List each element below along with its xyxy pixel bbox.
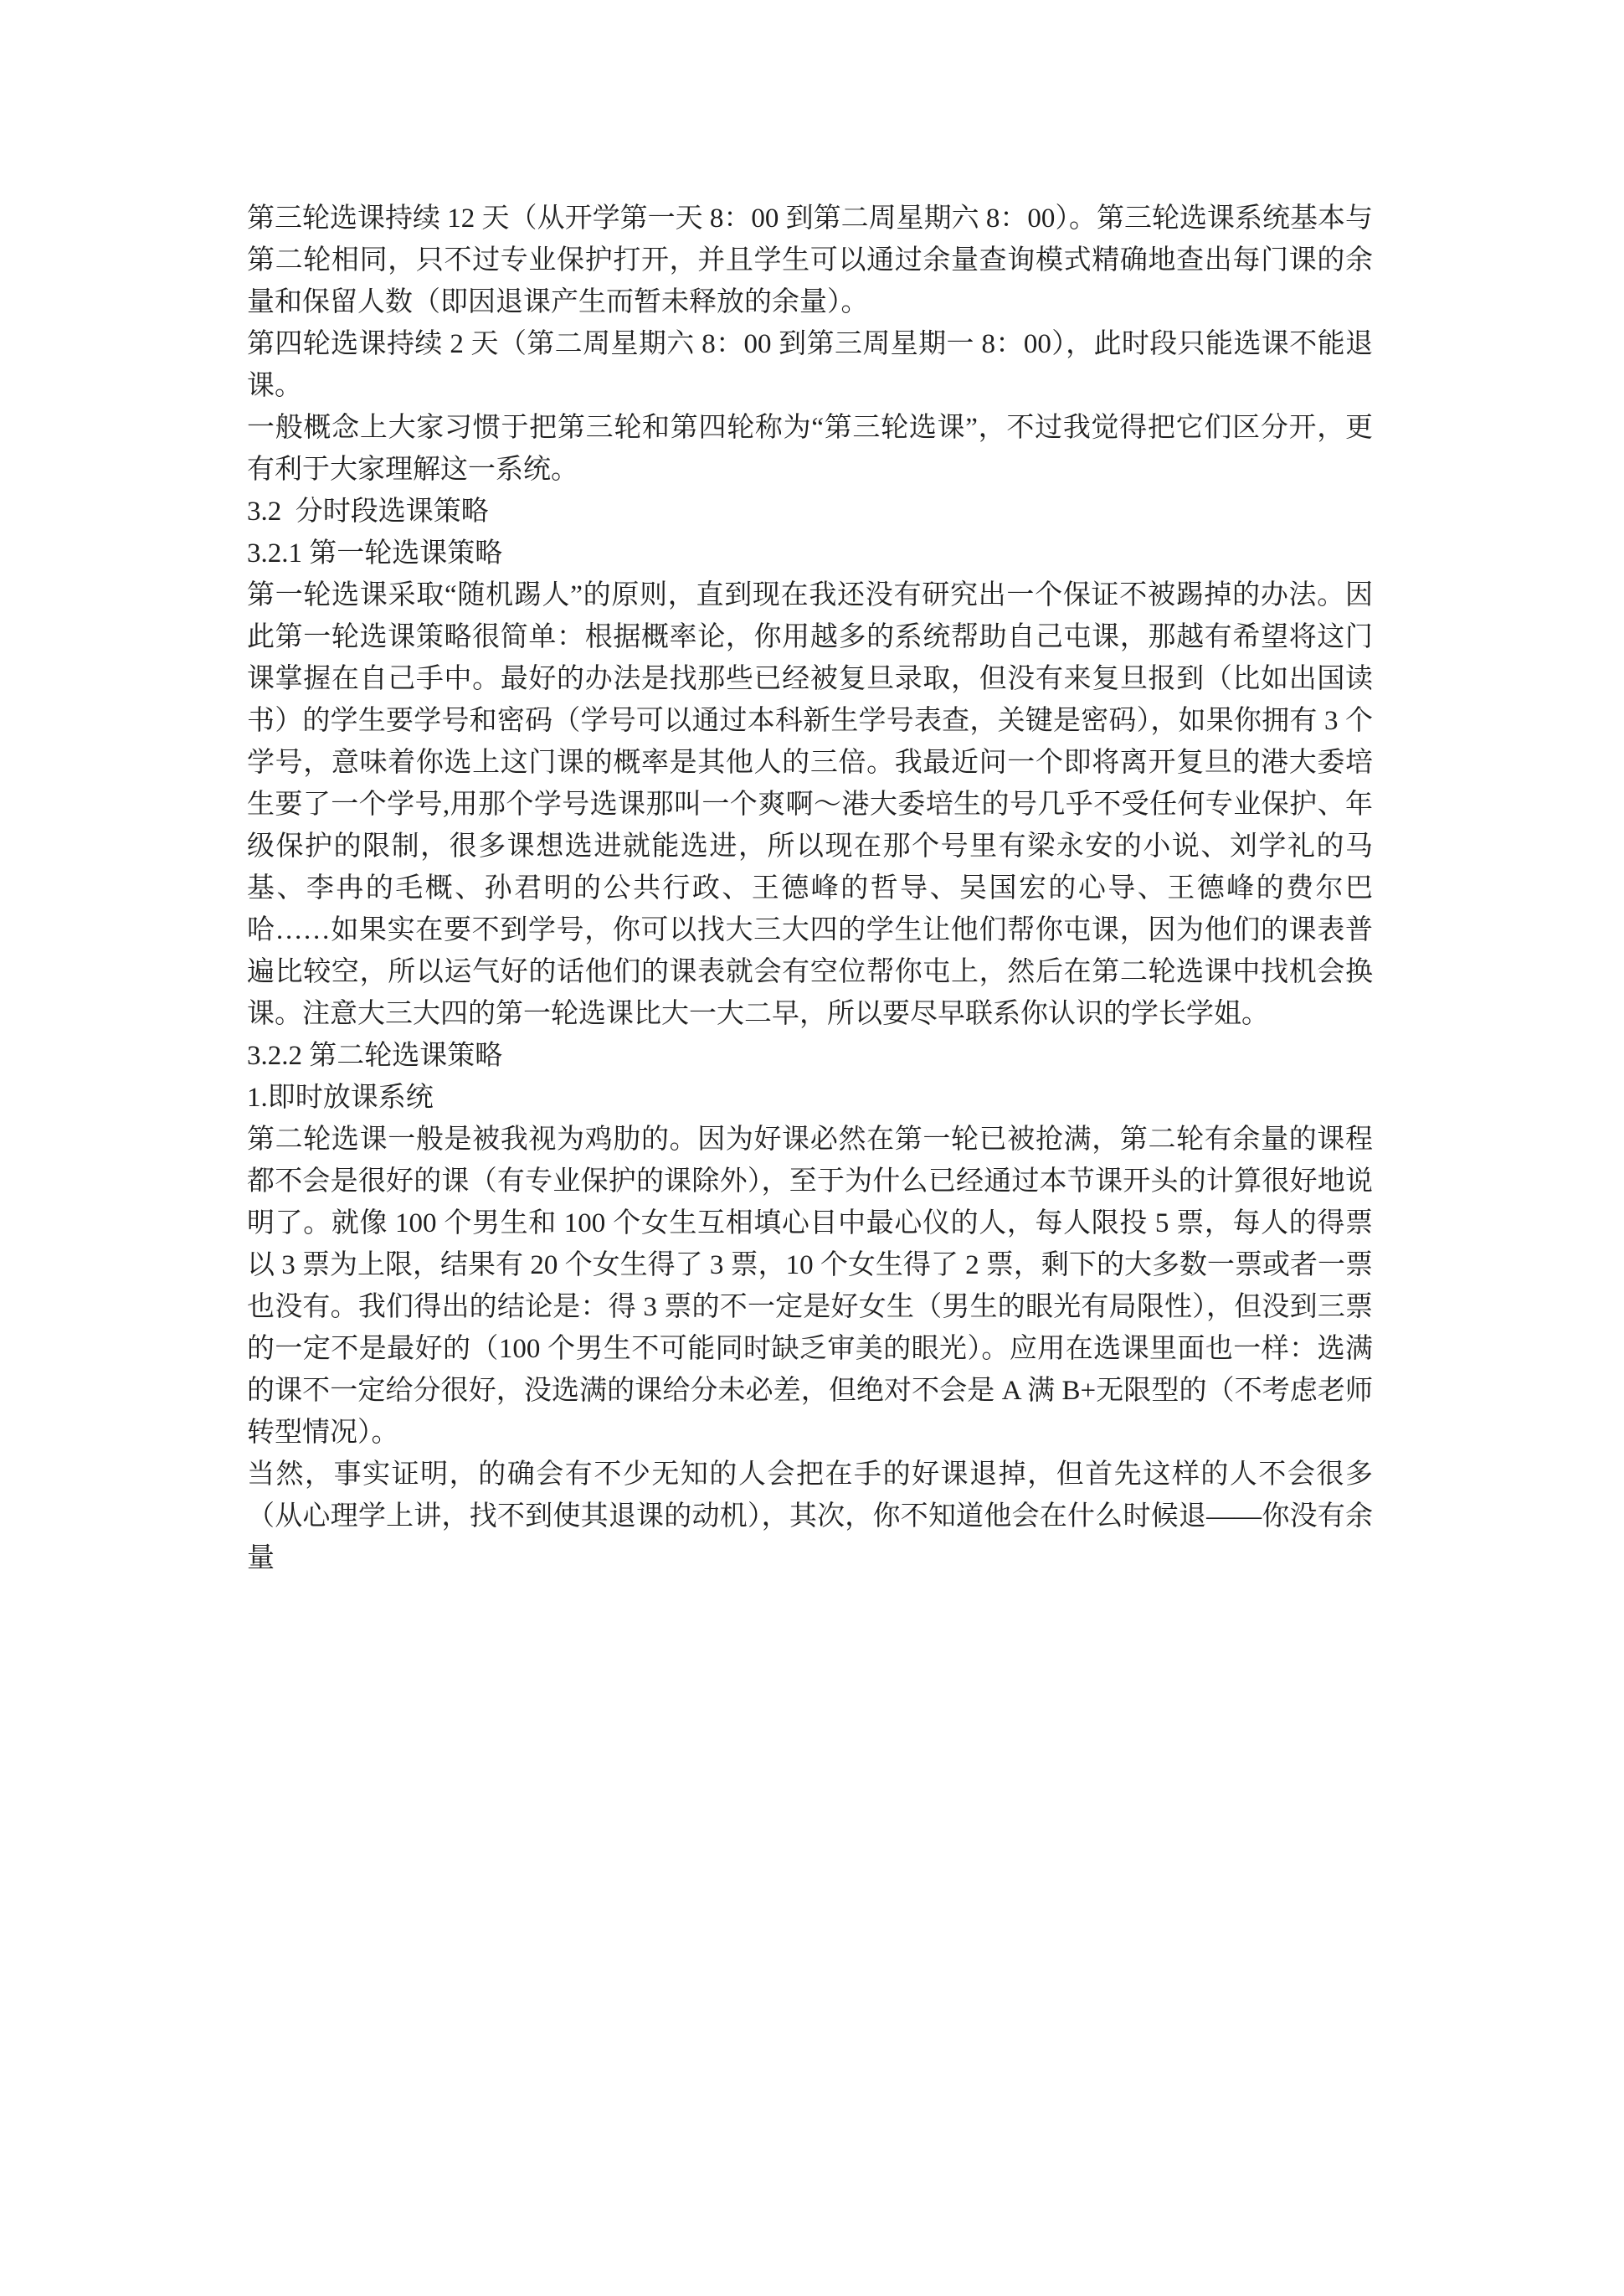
paragraph-drop-behavior: 当然，事实证明，的确会有不少无知的人会把在手的好课退掉，但首先这样的人不会很多（…	[247, 1454, 1373, 1579]
paragraph-round3-duration: 第三轮选课持续 12 天（从开学第一天 8：00 到第二周星期六 8：00）。第…	[247, 198, 1373, 323]
paragraph-round2-analysis: 第二轮选课一般是被我视为鸡肋的。因为好课必然在第一轮已被抢满，第二轮有余量的课程…	[247, 1119, 1373, 1454]
heading-section-3-2-2: 3.2.2 第二轮选课策略	[247, 1035, 1373, 1077]
document-page: 第三轮选课持续 12 天（从开学第一天 8：00 到第二周星期六 8：00）。第…	[0, 0, 1624, 2296]
heading-section-3-2-1: 3.2.1 第一轮选课策略	[247, 533, 1373, 574]
paragraph-round1-strategy: 第一轮选课采取“随机踢人”的原则，直到现在我还没有研究出一个保证不被踢掉的办法。…	[247, 574, 1373, 1035]
paragraph-round-naming-note: 一般概念上大家习惯于把第三轮和第四轮称为“第三轮选课”，不过我觉得把它们区分开，…	[247, 407, 1373, 491]
paragraph-round4-duration: 第四轮选课持续 2 天（第二周星期六 8：00 到第三周星期一 8：00），此时…	[247, 323, 1373, 407]
heading-instant-release-system: 1.即时放课系统	[247, 1077, 1373, 1119]
heading-section-3-2: 3.2 分时段选课策略	[247, 491, 1373, 533]
document-body: 第三轮选课持续 12 天（从开学第一天 8：00 到第二周星期六 8：00）。第…	[247, 198, 1373, 1579]
